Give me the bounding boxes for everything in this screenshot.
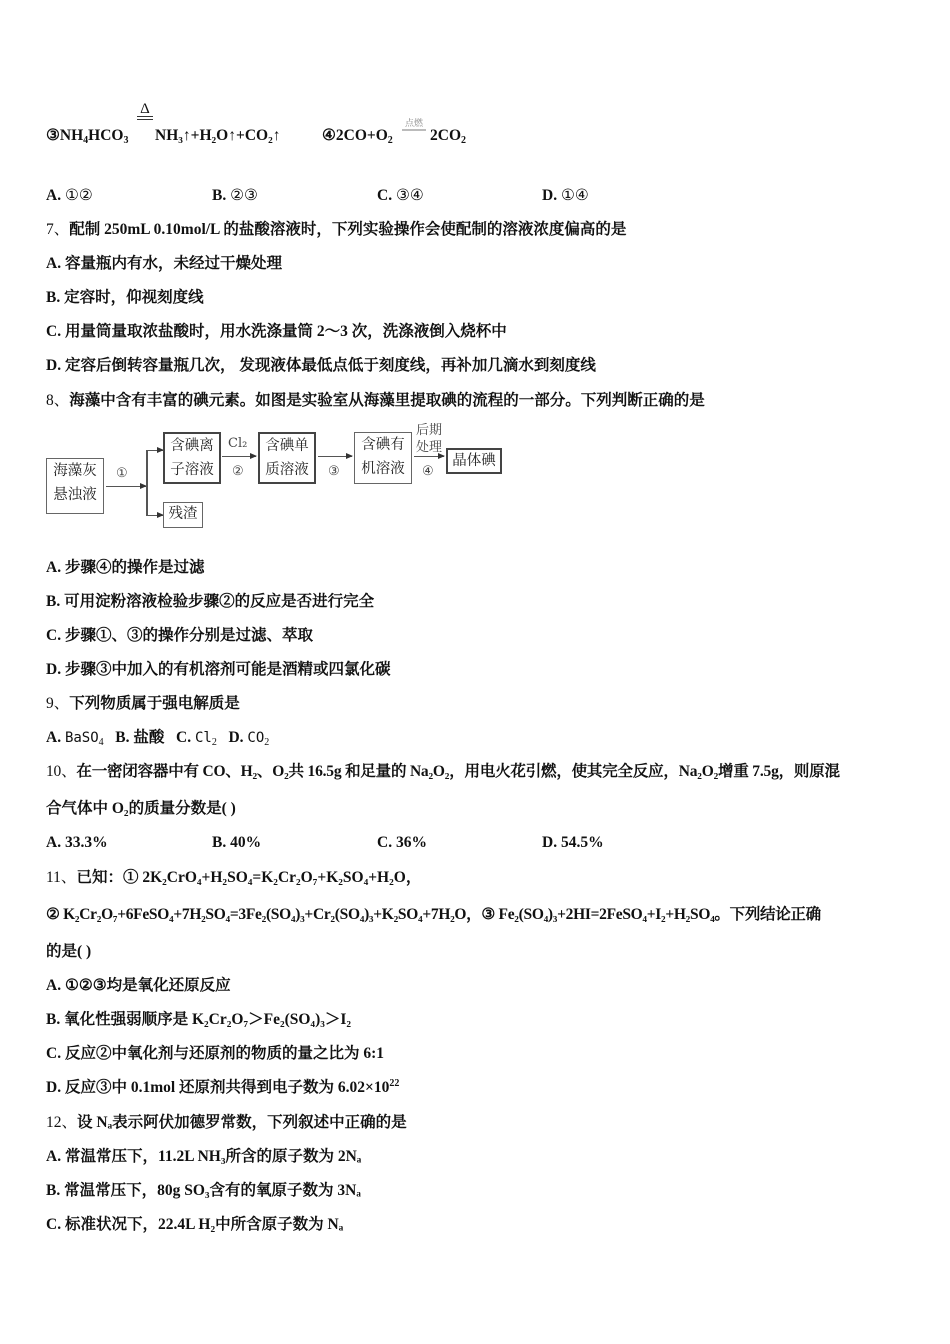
arrow-step-2: [222, 456, 256, 457]
equation-3: ③NH4HCO3: [46, 126, 128, 146]
eq4-lhs-sub: 2: [388, 135, 393, 146]
q9-option-a: A. BaSO4: [46, 729, 104, 746]
arrow-step-3: [318, 456, 352, 457]
q10-stem-line-2: 合气体中 O₂的质量分数是( ): [46, 799, 236, 819]
step-2-label: ②: [232, 464, 244, 479]
q9-option-c: C. Cl2: [176, 729, 217, 746]
arrow-step-1: [106, 486, 146, 487]
equation-3-products: NH₃↑+H₂O↑+CO₂↑: [155, 126, 280, 146]
eq4-lhs: 2CO+O: [336, 127, 388, 144]
step-4-label: ④: [422, 464, 434, 479]
q10-option-c: C. 36%: [377, 834, 427, 852]
eq4-rhs: 2CO: [430, 127, 461, 144]
q6-option-b: B. ②③: [212, 186, 258, 205]
flow-box-organic-solution: 含碘有机溶液: [354, 432, 412, 484]
q7-option-c: C. 用量筒量取浓盐酸时，用水洗涤量筒 2～3 次，洗涤液倒入烧杯中: [46, 322, 507, 342]
q8-option-a: A. 步骤④的操作是过滤: [46, 558, 204, 578]
q11-option-a: A. ①②③均是氧化还原反应: [46, 976, 231, 996]
eq3-lhs2: HCO: [88, 127, 123, 144]
post-treatment-label: 后期处理: [416, 422, 442, 456]
q9-options: A. BaSO4 B. 盐酸 C. Cl2 D. CO2: [46, 728, 269, 748]
q8-stem: 8、海藻中含有丰富的碘元素。如图是实验室从海藻里提取碘的流程的一部分。下列判断正…: [46, 391, 705, 411]
arrow-branch-top: [147, 450, 163, 451]
eq4-number: ④: [322, 127, 336, 144]
q7-option-b: B. 定容时，仰视刻度线: [46, 288, 204, 308]
q12-stem: 12、设 Nₐ表示阿伏加德罗常数，下列叙述中正确的是: [46, 1113, 407, 1133]
q9-option-d: D. CO2: [228, 729, 269, 746]
q8-option-c: C. 步骤①、③的操作分别是过滤、萃取: [46, 626, 313, 646]
flow-box-iodine-solution: 含碘单质溶液: [258, 432, 316, 484]
q6-option-c: C. ③④: [377, 186, 424, 205]
equals-bar: [402, 129, 426, 131]
flow-box-residue: 残渣: [163, 502, 203, 528]
equation-4: ④2CO+O2: [322, 126, 393, 146]
q7-option-d: D. 定容后倒转容量瓶几次， 发现液体最低点低于刻度线，再补加几滴水到刻度线: [46, 356, 596, 376]
q11-option-b: B. 氧化性强弱顺序是 K₂Cr₂O₇＞Fe₂(SO₄)₃＞I₂: [46, 1010, 351, 1030]
q7-stem: 7、配制 250mL 0.10mol/L 的盐酸溶液时，下列实验操作会使配制的溶…: [46, 220, 626, 240]
arrow-branch-bottom: [147, 515, 163, 516]
q10-option-a: A. 33.3%: [46, 834, 108, 852]
eq3-number: ③: [46, 127, 60, 144]
q12-option-c: C. 标准状况下，22.4L H₂中所含原子数为 Nₐ: [46, 1215, 343, 1235]
branch-line: [146, 450, 148, 516]
q8-option-d: D. 步骤③中加入的有机溶剂可能是酒精或四氯化碳: [46, 660, 390, 680]
q11-stem-line-3: 的是( ): [46, 942, 91, 962]
arrow-step-4: [414, 456, 444, 457]
flow-box-crystal-iodine: 晶体碘: [446, 448, 502, 474]
q12-option-a: A. 常温常压下，11.2L NH₃所含的原子数为 2Nₐ: [46, 1147, 361, 1167]
reagent-cl2: Cl₂: [228, 436, 247, 451]
flow-box-iodide-solution: 含碘离子溶液: [163, 432, 221, 484]
q10-stem-line-1: 10、在一密闭容器中有 CO、H₂、O₂共 16.5g 和足量的 Na₂O₂，用…: [46, 762, 840, 782]
q12-option-b: B. 常温常压下，80g SO₃含有的氧原子数为 3Nₐ: [46, 1181, 361, 1201]
q10-option-b: B. 40%: [212, 834, 261, 852]
q6-option-d: D. ①④: [542, 186, 589, 205]
heat-condition: Δ: [136, 102, 154, 120]
iodine-extraction-flowchart: 海藻灰悬浊液 ① 含碘离子溶液 残渣 Cl₂ ② 含碘单质溶液 ③ 含碘有机溶液…: [46, 428, 506, 528]
q11-stem-line-2: ② K₂Cr₂O₇+6FeSO₄+7H₂SO₄=3Fe₂(SO₄)₃+Cr₂(S…: [46, 905, 821, 925]
delta-symbol: Δ: [136, 102, 154, 116]
q10-option-d: D. 54.5%: [542, 834, 604, 852]
q11-option-d: D. 反应③中 0.1mol 还原剂共得到电子数为 6.02×1022: [46, 1078, 399, 1098]
q11-option-c: C. 反应②中氧化剂与还原剂的物质的量之比为 6:1: [46, 1044, 384, 1064]
q11-stem-line-1: 11、已知：① 2K₂CrO₄+H₂SO₄=K₂Cr₂O₇+K₂SO₄+H₂O，: [46, 868, 421, 888]
q6-option-a: A. ①②: [46, 186, 93, 205]
equation-4-product: 2CO2: [430, 126, 466, 146]
q9-option-b: B. 盐酸: [115, 729, 164, 746]
step-3-label: ③: [328, 464, 340, 479]
q7-option-a: A. 容量瓶内有水，未经过干燥处理: [46, 254, 282, 274]
q8-option-b: B. 可用淀粉溶液检验步骤②的反应是否进行完全: [46, 592, 374, 612]
eq3-lhs: NH: [60, 127, 83, 144]
ignite-label: 点燃: [402, 118, 426, 128]
step-1-label: ①: [116, 466, 128, 481]
eq4-rhs-sub: 2: [461, 135, 466, 146]
ignite-condition: 点燃: [402, 118, 426, 131]
q9-stem: 9、下列物质属于强电解质是: [46, 694, 240, 714]
eq3-lhs2-sub: 3: [123, 135, 128, 146]
flow-box-seaweed-ash: 海藻灰悬浊液: [46, 458, 104, 514]
